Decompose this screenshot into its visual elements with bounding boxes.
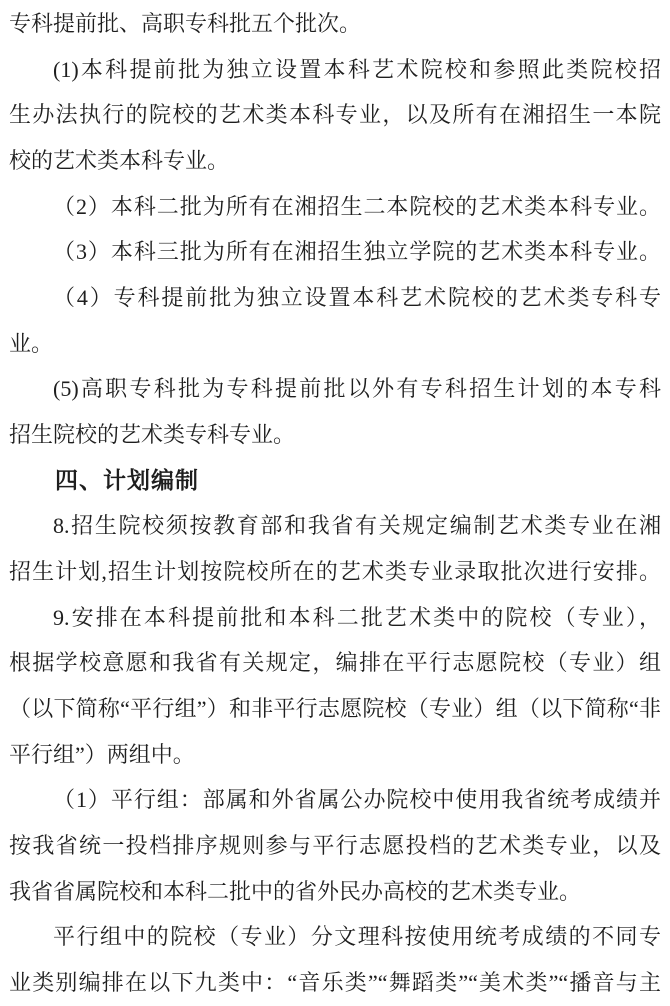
text-line: 校的艺术类本科专业。 — [9, 138, 661, 184]
document-page: 专科提前批、高职专科批五个批次。 (1)本科提前批为独立设置本科艺术院校和参照此… — [0, 0, 670, 1006]
text-line: （2）本科二批为所有在湘招生二本院校的艺术类本科专业。 — [9, 184, 661, 230]
text-line: 招生院校的艺术类专科专业。 — [9, 412, 661, 458]
text-line: (5)高职专科批为专科提前批以外有专科招生计划的本专科 — [9, 366, 661, 412]
text-line: 按我省统一投档排序规则参与平行志愿投档的艺术类专业，以及 — [9, 823, 661, 869]
text-line: 我省省属院校和本科二批中的省外民办高校的艺术类专业。 — [9, 869, 661, 915]
text-line: （1）平行组：部属和外省属公办院校中使用我省统考成绩并 — [9, 777, 661, 823]
text-line: 生办法执行的院校的艺术类本科专业，以及所有在湘招生一本院 — [9, 92, 661, 138]
text-line: 招生计划,招生计划按院校所在的艺术类专业录取批次进行安排。 — [9, 549, 661, 595]
text-line: 业类别编排在以下九类中：“音乐类”“舞蹈类”“美术类”“播音与主 — [9, 960, 661, 1006]
text-line: 根据学校意愿和我省有关规定，编排在平行志愿院校（专业）组 — [9, 640, 661, 686]
text-line: 专科提前批、高职专科批五个批次。 — [9, 1, 661, 47]
text-line: （4）专科提前批为独立设置本科艺术院校的艺术类专科专 — [9, 275, 661, 321]
text-line: 平行组中的院校（专业）分文理科按使用统考成绩的不同专 — [9, 914, 661, 960]
text-line: （以下简称“平行组”）和非平行志愿院校（专业）组（以下简称“非 — [9, 686, 661, 732]
text-line: （3）本科三批为所有在湘招生独立学院的艺术类本科专业。 — [9, 229, 661, 275]
text-line: 平行组”）两组中。 — [9, 732, 661, 778]
text-line: 8.招生院校须按教育部和我省有关规定编制艺术类专业在湘 — [9, 503, 661, 549]
text-line: (1)本科提前批为独立设置本科艺术院校和参照此类院校招 — [9, 47, 661, 93]
text-line: 业。 — [9, 321, 661, 367]
text-line: 9.安排在本科提前批和本科二批艺术类中的院校（专业）， — [9, 595, 661, 641]
section-heading: 四、计划编制 — [9, 458, 661, 504]
